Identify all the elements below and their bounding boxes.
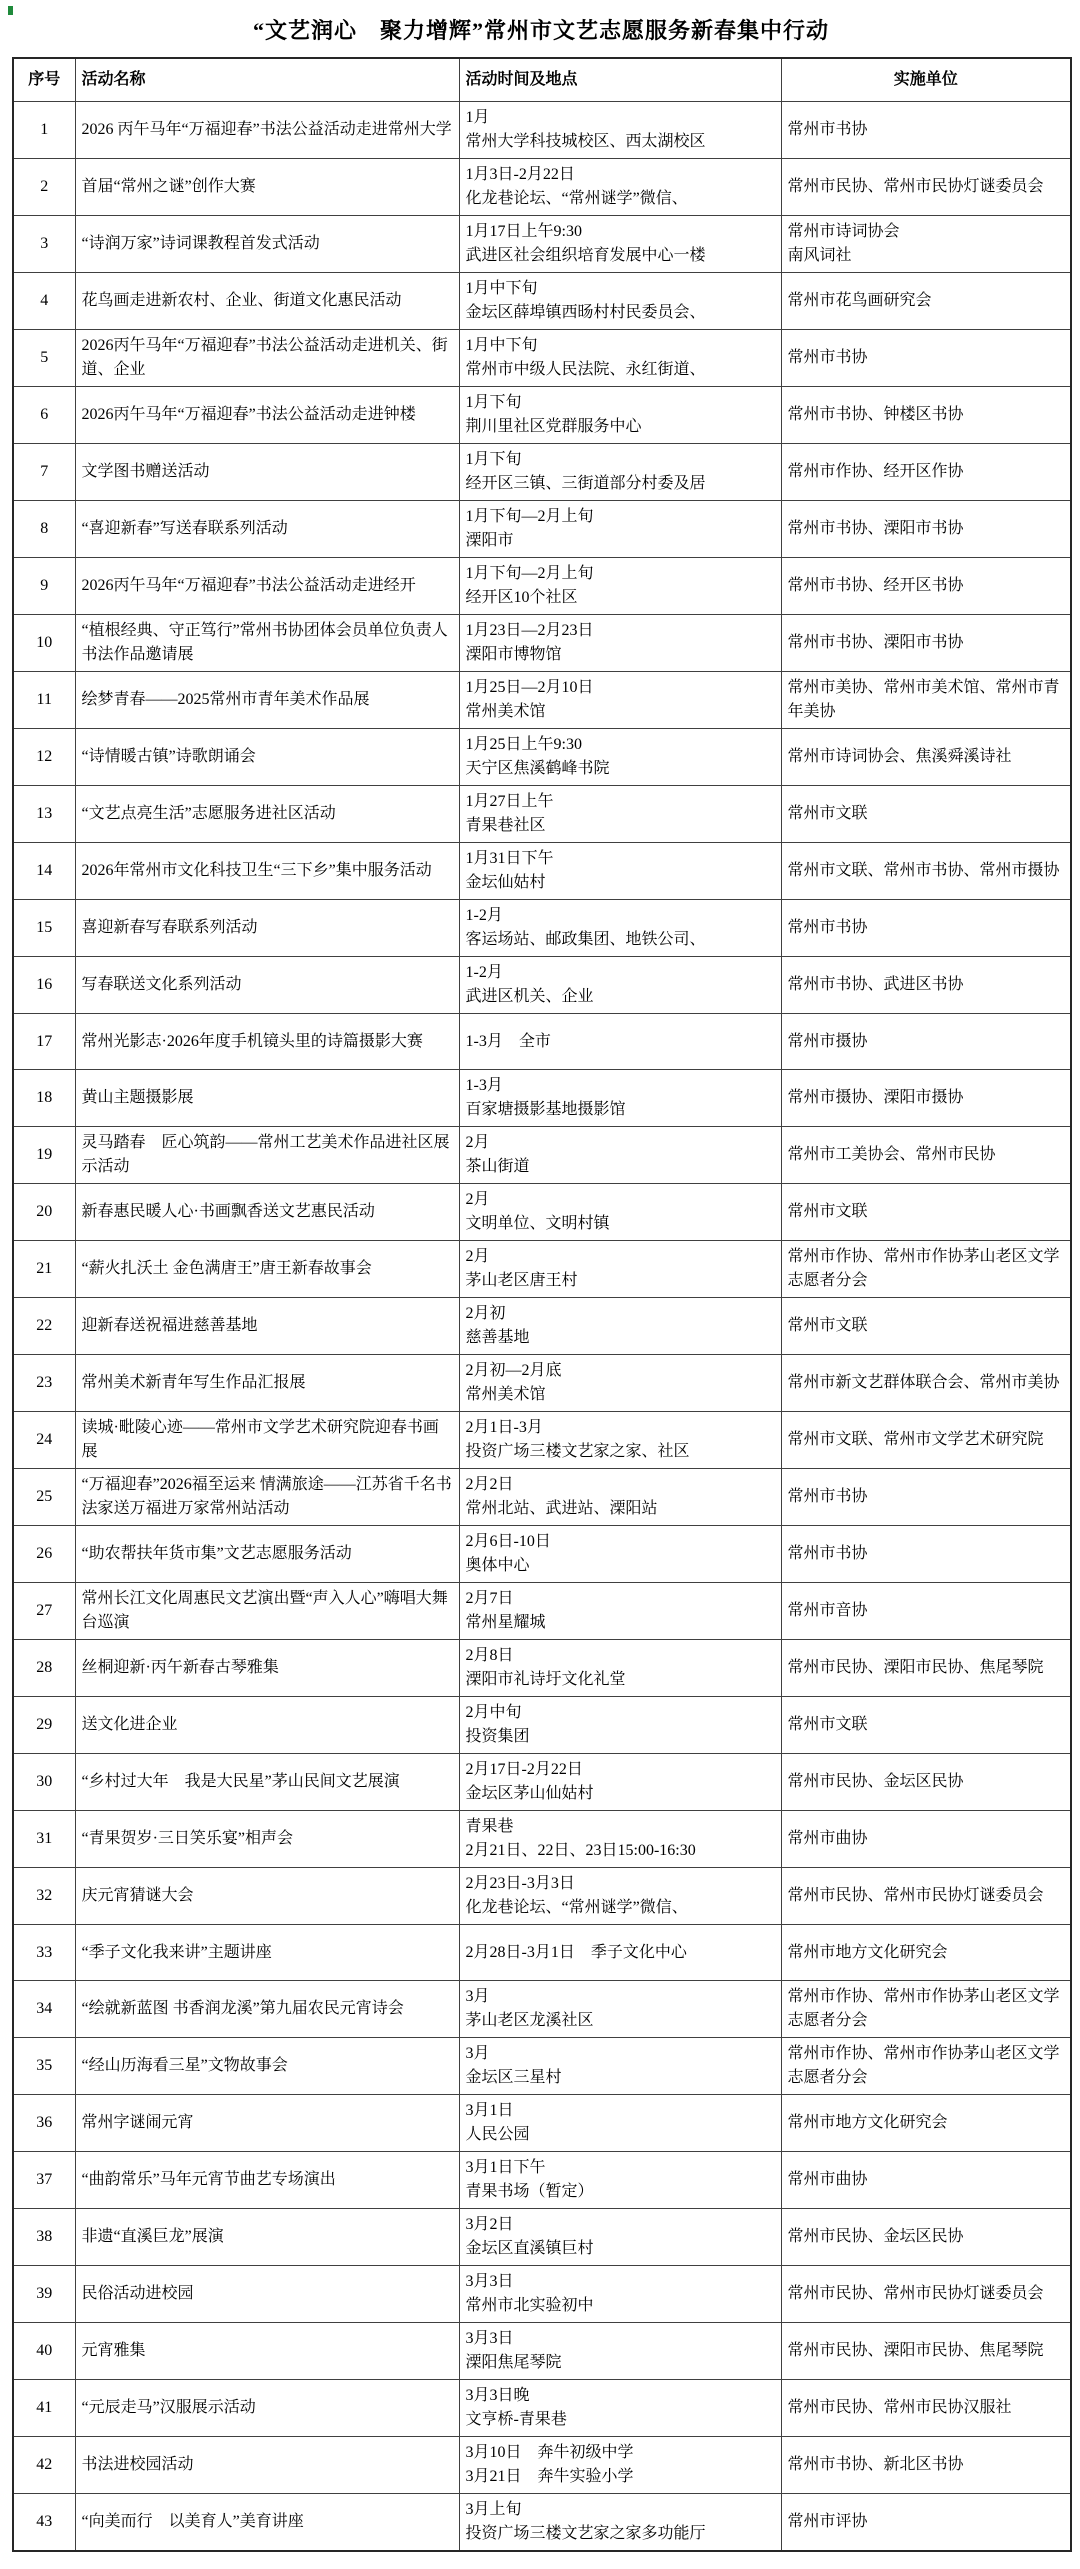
cell-organizer: 常州市书协 <box>781 330 1071 387</box>
cell-organizer: 常州市民协、金坛区民协 <box>781 1754 1071 1811</box>
cell-organizer: 常州市书协、溧阳市书协 <box>781 501 1071 558</box>
cell-organizer: 常州市评协 <box>781 2494 1071 2552</box>
cell-time-location: 1月 常州大学科技城校区、西太湖校区 <box>459 102 781 159</box>
cell-time-location: 2月7日 常州星耀城 <box>459 1583 781 1640</box>
cell-activity-name: “经山历海看三星”文物故事会 <box>75 2038 459 2095</box>
header-index: 序号 <box>13 58 75 102</box>
cell-activity-name: 2026丙午马年“万福迎春”书法公益活动走进经开 <box>75 558 459 615</box>
cell-time-location: 2月中旬 投资集团 <box>459 1697 781 1754</box>
cell-activity-name: “万福迎春”2026福至运来 情满旅途——江苏省千名书法家送万福进万家常州站活动 <box>75 1469 459 1526</box>
cell-activity-name: 丝桐迎新·丙午新春古琴雅集 <box>75 1640 459 1697</box>
cell-organizer: 常州市地方文化研究会 <box>781 2095 1071 2152</box>
cell-time-location: 1-3月 全市 <box>459 1014 781 1070</box>
cell-index: 25 <box>13 1469 75 1526</box>
header-row: 序号 活动名称 活动时间及地点 实施单位 <box>13 58 1071 102</box>
table-row: 39 民俗活动进校园 3月3日 常州市北实验初中 常州市民协、常州市民协灯谜委员… <box>13 2266 1071 2323</box>
cell-organizer: 常州市民协、常州市民协灯谜委员会 <box>781 159 1071 216</box>
cell-time-location: 2月 茶山街道 <box>459 1127 781 1184</box>
table-row: 22 迎新春送祝福进慈善基地 2月初 慈善基地 常州市文联 <box>13 1298 1071 1355</box>
cell-organizer: 常州市书协、新北区书协 <box>781 2437 1071 2494</box>
cell-activity-name: 新春惠民暖人心·书画飘香送文艺惠民活动 <box>75 1184 459 1241</box>
table-row: 17 常州光影志·2026年度手机镜头里的诗篇摄影大赛 1-3月 全市 常州市摄… <box>13 1014 1071 1070</box>
table-body: 1 2026 丙午马年“万福迎春”书法公益活动走进常州大学 1月 常州大学科技城… <box>13 102 1071 2552</box>
cell-time-location: 2月6日-10日 奥体中心 <box>459 1526 781 1583</box>
cell-time-location: 2月 文明单位、文明村镇 <box>459 1184 781 1241</box>
cell-index: 11 <box>13 672 75 729</box>
cell-organizer: 常州市作协、常州市作协茅山老区文学志愿者分会 <box>781 1241 1071 1298</box>
table-row: 10 “植根经典、守正笃行”常州书协团体会员单位负责人书法作品邀请展 1月23日… <box>13 615 1071 672</box>
table-row: 21 “薪火扎沃土 金色满唐王”唐王新春故事会 2月 茅山老区唐王村 常州市作协… <box>13 1241 1071 1298</box>
cell-activity-name: 文学图书赠送活动 <box>75 444 459 501</box>
table-row: 16 写春联送文化系列活动 1-2月 武进区机关、企业 常州市书协、武进区书协 <box>13 957 1071 1014</box>
cell-organizer: 常州市文联、常州市书协、常州市摄协 <box>781 843 1071 900</box>
table-row: 30 “乡村过大年 我是大民星”茅山民间文艺展演 2月17日-2月22日 金坛区… <box>13 1754 1071 1811</box>
cell-organizer: 常州市摄协、溧阳市摄协 <box>781 1070 1071 1127</box>
cell-organizer: 常州市书协 <box>781 1526 1071 1583</box>
table-row: 35 “经山历海看三星”文物故事会 3月 金坛区三星村 常州市作协、常州市作协茅… <box>13 2038 1071 2095</box>
cell-organizer: 常州市书协、钟楼区书协 <box>781 387 1071 444</box>
cell-activity-name: “绘就新蓝图 书香润龙溪”第九届农民元宵诗会 <box>75 1981 459 2038</box>
cell-organizer: 常州市曲协 <box>781 2152 1071 2209</box>
table-row: 29 送文化进企业 2月中旬 投资集团 常州市文联 <box>13 1697 1071 1754</box>
header-time-location: 活动时间及地点 <box>459 58 781 102</box>
table-header: 序号 活动名称 活动时间及地点 实施单位 <box>13 58 1071 102</box>
table-row: 1 2026 丙午马年“万福迎春”书法公益活动走进常州大学 1月 常州大学科技城… <box>13 102 1071 159</box>
cell-organizer: 常州市书协 <box>781 102 1071 159</box>
cell-index: 40 <box>13 2323 75 2380</box>
cell-time-location: 3月 茅山老区龙溪社区 <box>459 1981 781 2038</box>
cell-activity-name: “诗润万家”诗词课教程首发式活动 <box>75 216 459 273</box>
cell-index: 9 <box>13 558 75 615</box>
cell-activity-name: 花鸟画走进新农村、企业、街道文化惠民活动 <box>75 273 459 330</box>
cell-activity-name: “植根经典、守正笃行”常州书协团体会员单位负责人书法作品邀请展 <box>75 615 459 672</box>
cell-time-location: 1月中下旬 常州市中级人民法院、永红街道、 <box>459 330 781 387</box>
cell-activity-name: 非遗“直溪巨龙”展演 <box>75 2209 459 2266</box>
cell-time-location: 3月3日晚 文亨桥-青果巷 <box>459 2380 781 2437</box>
cell-organizer: 常州市工美协会、常州市民协 <box>781 1127 1071 1184</box>
cell-activity-name: 2026年常州市文化科技卫生“三下乡”集中服务活动 <box>75 843 459 900</box>
cell-activity-name: 送文化进企业 <box>75 1697 459 1754</box>
cell-activity-name: 灵马踏春 匠心筑韵——常州工艺美术作品进社区展示活动 <box>75 1127 459 1184</box>
cell-marker-artifact <box>8 6 13 15</box>
cell-time-location: 1月23日—2月23日 溧阳市博物馆 <box>459 615 781 672</box>
cell-organizer: 常州市书协、武进区书协 <box>781 957 1071 1014</box>
cell-index: 26 <box>13 1526 75 1583</box>
cell-organizer: 常州市美协、常州市美术馆、常州市青年美协 <box>781 672 1071 729</box>
header-activity-name: 活动名称 <box>75 58 459 102</box>
cell-index: 34 <box>13 1981 75 2038</box>
cell-activity-name: 常州美术新青年写生作品汇报展 <box>75 1355 459 1412</box>
table-row: 31 “青果贺岁·三日笑乐宴”相声会 青果巷 2月21日、22日、23日15:0… <box>13 1811 1071 1868</box>
table-row: 13 “文艺点亮生活”志愿服务进社区活动 1月27日上午 青果巷社区 常州市文联 <box>13 786 1071 843</box>
cell-index: 30 <box>13 1754 75 1811</box>
cell-index: 33 <box>13 1925 75 1981</box>
cell-activity-name: 书法进校园活动 <box>75 2437 459 2494</box>
cell-time-location: 1-3月 百家塘摄影基地摄影馆 <box>459 1070 781 1127</box>
cell-time-location: 1月31日下午 金坛仙姑村 <box>459 843 781 900</box>
document-title: “文艺润心 聚力增辉”常州市文艺志愿服务新春集中行动 <box>12 0 1070 57</box>
cell-time-location: 2月17日-2月22日 金坛区茅山仙姑村 <box>459 1754 781 1811</box>
cell-organizer: 常州市文联 <box>781 1298 1071 1355</box>
table-row: 41 “元辰走马”汉服展示活动 3月3日晚 文亨桥-青果巷 常州市民协、常州市民… <box>13 2380 1071 2437</box>
cell-index: 21 <box>13 1241 75 1298</box>
cell-index: 5 <box>13 330 75 387</box>
table-row: 19 灵马踏春 匠心筑韵——常州工艺美术作品进社区展示活动 2月 茶山街道 常州… <box>13 1127 1071 1184</box>
cell-index: 6 <box>13 387 75 444</box>
cell-index: 22 <box>13 1298 75 1355</box>
cell-index: 12 <box>13 729 75 786</box>
header-organizer: 实施单位 <box>781 58 1071 102</box>
cell-time-location: 3月1日下午 青果书场（暂定） <box>459 2152 781 2209</box>
cell-organizer: 常州市民协、溧阳市民协、焦尾琴院 <box>781 2323 1071 2380</box>
cell-time-location: 1月中下旬 金坛区薛埠镇西旸村村民委员会、 <box>459 273 781 330</box>
cell-organizer: 常州市新文艺群体联合会、常州市美协 <box>781 1355 1071 1412</box>
cell-organizer: 常州市作协、经开区作协 <box>781 444 1071 501</box>
cell-time-location: 2月1日-3月 投资广场三楼文艺家之家、社区 <box>459 1412 781 1469</box>
cell-index: 31 <box>13 1811 75 1868</box>
table-row: 11 绘梦青春——2025常州市青年美术作品展 1月25日—2月10日 常州美术… <box>13 672 1071 729</box>
cell-organizer: 常州市诗词协会、焦溪舜溪诗社 <box>781 729 1071 786</box>
cell-time-location: 2月初—2月底 常州美术馆 <box>459 1355 781 1412</box>
cell-organizer: 常州市曲协 <box>781 1811 1071 1868</box>
cell-index: 10 <box>13 615 75 672</box>
cell-index: 39 <box>13 2266 75 2323</box>
cell-time-location: 1月17日上午9:30 武进区社会组织培育发展中心一楼 <box>459 216 781 273</box>
cell-time-location: 2月 茅山老区唐王村 <box>459 1241 781 1298</box>
cell-organizer: 常州市花鸟画研究会 <box>781 273 1071 330</box>
cell-organizer: 常州市书协、经开区书协 <box>781 558 1071 615</box>
cell-index: 19 <box>13 1127 75 1184</box>
cell-time-location: 2月8日 溧阳市礼诗圩文化礼堂 <box>459 1640 781 1697</box>
cell-time-location: 3月1日 人民公园 <box>459 2095 781 2152</box>
table-row: 37 “曲韵常乐”马年元宵节曲艺专场演出 3月1日下午 青果书场（暂定） 常州市… <box>13 2152 1071 2209</box>
cell-time-location: 1月27日上午 青果巷社区 <box>459 786 781 843</box>
cell-organizer: 常州市文联 <box>781 1184 1071 1241</box>
table-row: 43 “向美而行 以美育人”美育讲座 3月上旬 投资广场三楼文艺家之家多功能厅 … <box>13 2494 1071 2552</box>
cell-organizer: 常州市书协 <box>781 900 1071 957</box>
activity-table: 序号 活动名称 活动时间及地点 实施单位 1 2026 丙午马年“万福迎春”书法… <box>12 57 1072 2552</box>
cell-index: 35 <box>13 2038 75 2095</box>
cell-index: 17 <box>13 1014 75 1070</box>
cell-activity-name: 2026 丙午马年“万福迎春”书法公益活动走进常州大学 <box>75 102 459 159</box>
table-row: 14 2026年常州市文化科技卫生“三下乡”集中服务活动 1月31日下午 金坛仙… <box>13 843 1071 900</box>
cell-activity-name: “喜迎新春”写送春联系列活动 <box>75 501 459 558</box>
table-row: 34 “绘就新蓝图 书香润龙溪”第九届农民元宵诗会 3月 茅山老区龙溪社区 常州… <box>13 1981 1071 2038</box>
cell-organizer: 常州市文联 <box>781 786 1071 843</box>
table-row: 28 丝桐迎新·丙午新春古琴雅集 2月8日 溧阳市礼诗圩文化礼堂 常州市民协、溧… <box>13 1640 1071 1697</box>
table-row: 42 书法进校园活动 3月10日 奔牛初级中学 3月21日 奔牛实验小学 常州市… <box>13 2437 1071 2494</box>
cell-organizer: 常州市民协、金坛区民协 <box>781 2209 1071 2266</box>
cell-index: 38 <box>13 2209 75 2266</box>
cell-time-location: 2月2日 常州北站、武进站、溧阳站 <box>459 1469 781 1526</box>
table-row: 36 常州字谜闹元宵 3月1日 人民公园 常州市地方文化研究会 <box>13 2095 1071 2152</box>
cell-index: 7 <box>13 444 75 501</box>
table-row: 20 新春惠民暖人心·书画飘香送文艺惠民活动 2月 文明单位、文明村镇 常州市文… <box>13 1184 1071 1241</box>
cell-organizer: 常州市书协、溧阳市书协 <box>781 615 1071 672</box>
table-row: 9 2026丙午马年“万福迎春”书法公益活动走进经开 1月下旬—2月上旬 经开区… <box>13 558 1071 615</box>
cell-organizer: 常州市民协、常州市民协灯谜委员会 <box>781 2266 1071 2323</box>
cell-time-location: 1-2月 客运场站、邮政集团、地铁公司、 <box>459 900 781 957</box>
cell-index: 3 <box>13 216 75 273</box>
cell-activity-name: 2026丙午马年“万福迎春”书法公益活动走进机关、街道、企业 <box>75 330 459 387</box>
cell-organizer: 常州市作协、常州市作协茅山老区文学志愿者分会 <box>781 2038 1071 2095</box>
cell-time-location: 1-2月 武进区机关、企业 <box>459 957 781 1014</box>
table-row: 3 “诗润万家”诗词课教程首发式活动 1月17日上午9:30 武进区社会组织培育… <box>13 216 1071 273</box>
cell-index: 23 <box>13 1355 75 1412</box>
cell-time-location: 1月25日—2月10日 常州美术馆 <box>459 672 781 729</box>
cell-organizer: 常州市文联 <box>781 1697 1071 1754</box>
cell-index: 15 <box>13 900 75 957</box>
cell-time-location: 2月初 慈善基地 <box>459 1298 781 1355</box>
cell-index: 13 <box>13 786 75 843</box>
cell-activity-name: “青果贺岁·三日笑乐宴”相声会 <box>75 1811 459 1868</box>
table-row: 40 元宵雅集 3月3日 溧阳焦尾琴院 常州市民协、溧阳市民协、焦尾琴院 <box>13 2323 1071 2380</box>
cell-activity-name: 迎新春送祝福进慈善基地 <box>75 1298 459 1355</box>
cell-time-location: 3月 金坛区三星村 <box>459 2038 781 2095</box>
table-row: 8 “喜迎新春”写送春联系列活动 1月下旬—2月上旬 溧阳市 常州市书协、溧阳市… <box>13 501 1071 558</box>
cell-organizer: 常州市地方文化研究会 <box>781 1925 1071 1981</box>
cell-activity-name: 常州长江文化周惠民文艺演出暨“声入人心”嗨唱大舞台巡演 <box>75 1583 459 1640</box>
table-row: 24 读城·毗陵心迹——常州市文学艺术研究院迎春书画展 2月1日-3月 投资广场… <box>13 1412 1071 1469</box>
cell-time-location: 1月下旬 经开区三镇、三街道部分村委及居 <box>459 444 781 501</box>
cell-index: 24 <box>13 1412 75 1469</box>
cell-activity-name: “乡村过大年 我是大民星”茅山民间文艺展演 <box>75 1754 459 1811</box>
table-row: 5 2026丙午马年“万福迎春”书法公益活动走进机关、街道、企业 1月中下旬 常… <box>13 330 1071 387</box>
cell-time-location: 2月23日-3月3日 化龙巷论坛、“常州谜学”微信、 <box>459 1868 781 1925</box>
cell-organizer: 常州市音协 <box>781 1583 1071 1640</box>
cell-time-location: 3月2日 金坛区直溪镇巨村 <box>459 2209 781 2266</box>
cell-activity-name: 首届“常州之谜”创作大赛 <box>75 159 459 216</box>
cell-index: 18 <box>13 1070 75 1127</box>
cell-organizer: 常州市文联、常州市文学艺术研究院 <box>781 1412 1071 1469</box>
cell-organizer: 常州市民协、溧阳市民协、焦尾琴院 <box>781 1640 1071 1697</box>
table-row: 25 “万福迎春”2026福至运来 情满旅途——江苏省千名书法家送万福进万家常州… <box>13 1469 1071 1526</box>
cell-activity-name: 喜迎新春写春联系列活动 <box>75 900 459 957</box>
cell-time-location: 1月下旬 荆川里社区党群服务中心 <box>459 387 781 444</box>
cell-time-location: 1月25日上午9:30 天宁区焦溪鹤峰书院 <box>459 729 781 786</box>
cell-activity-name: 2026丙午马年“万福迎春”书法公益活动走进钟楼 <box>75 387 459 444</box>
cell-time-location: 3月上旬 投资广场三楼文艺家之家多功能厅 <box>459 2494 781 2552</box>
table-row: 32 庆元宵猜谜大会 2月23日-3月3日 化龙巷论坛、“常州谜学”微信、 常州… <box>13 1868 1071 1925</box>
table-row: 15 喜迎新春写春联系列活动 1-2月 客运场站、邮政集团、地铁公司、 常州市书… <box>13 900 1071 957</box>
table-row: 7 文学图书赠送活动 1月下旬 经开区三镇、三街道部分村委及居 常州市作协、经开… <box>13 444 1071 501</box>
cell-organizer: 常州市作协、常州市作协茅山老区文学志愿者分会 <box>781 1981 1071 2038</box>
cell-activity-name: “助农帮扶年货市集”文艺志愿服务活动 <box>75 1526 459 1583</box>
cell-organizer: 常州市诗词协会 南风词社 <box>781 216 1071 273</box>
table-row: 4 花鸟画走进新农村、企业、街道文化惠民活动 1月中下旬 金坛区薛埠镇西旸村村民… <box>13 273 1071 330</box>
cell-activity-name: “季子文化我来讲”主题讲座 <box>75 1925 459 1981</box>
cell-index: 32 <box>13 1868 75 1925</box>
cell-activity-name: “薪火扎沃土 金色满唐王”唐王新春故事会 <box>75 1241 459 1298</box>
cell-organizer: 常州市摄协 <box>781 1014 1071 1070</box>
cell-activity-name: “文艺点亮生活”志愿服务进社区活动 <box>75 786 459 843</box>
table-row: 2 首届“常州之谜”创作大赛 1月3日-2月22日 化龙巷论坛、“常州谜学”微信… <box>13 159 1071 216</box>
cell-activity-name: “曲韵常乐”马年元宵节曲艺专场演出 <box>75 2152 459 2209</box>
cell-activity-name: 常州字谜闹元宵 <box>75 2095 459 2152</box>
cell-organizer: 常州市民协、常州市民协汉服社 <box>781 2380 1071 2437</box>
cell-time-location: 1月下旬—2月上旬 经开区10个社区 <box>459 558 781 615</box>
table-row: 18 黄山主题摄影展 1-3月 百家塘摄影基地摄影馆 常州市摄协、溧阳市摄协 <box>13 1070 1071 1127</box>
cell-index: 37 <box>13 2152 75 2209</box>
cell-index: 8 <box>13 501 75 558</box>
table-row: 38 非遗“直溪巨龙”展演 3月2日 金坛区直溪镇巨村 常州市民协、金坛区民协 <box>13 2209 1071 2266</box>
cell-organizer: 常州市民协、常州市民协灯谜委员会 <box>781 1868 1071 1925</box>
cell-time-location: 1月3日-2月22日 化龙巷论坛、“常州谜学”微信、 <box>459 159 781 216</box>
cell-activity-name: 写春联送文化系列活动 <box>75 957 459 1014</box>
cell-index: 36 <box>13 2095 75 2152</box>
cell-index: 41 <box>13 2380 75 2437</box>
cell-index: 27 <box>13 1583 75 1640</box>
cell-time-location: 3月3日 溧阳焦尾琴院 <box>459 2323 781 2380</box>
cell-activity-name: “诗情暖古镇”诗歌朗诵会 <box>75 729 459 786</box>
cell-activity-name: “元辰走马”汉服展示活动 <box>75 2380 459 2437</box>
cell-organizer: 常州市书协 <box>781 1469 1071 1526</box>
cell-activity-name: 庆元宵猜谜大会 <box>75 1868 459 1925</box>
table-row: 27 常州长江文化周惠民文艺演出暨“声入人心”嗨唱大舞台巡演 2月7日 常州星耀… <box>13 1583 1071 1640</box>
cell-time-location: 1月下旬—2月上旬 溧阳市 <box>459 501 781 558</box>
table-row: 6 2026丙午马年“万福迎春”书法公益活动走进钟楼 1月下旬 荆川里社区党群服… <box>13 387 1071 444</box>
cell-time-location: 3月10日 奔牛初级中学 3月21日 奔牛实验小学 <box>459 2437 781 2494</box>
cell-index: 43 <box>13 2494 75 2552</box>
cell-activity-name: 常州光影志·2026年度手机镜头里的诗篇摄影大赛 <box>75 1014 459 1070</box>
cell-activity-name: 读城·毗陵心迹——常州市文学艺术研究院迎春书画展 <box>75 1412 459 1469</box>
cell-activity-name: 绘梦青春——2025常州市青年美术作品展 <box>75 672 459 729</box>
cell-index: 29 <box>13 1697 75 1754</box>
cell-activity-name: 黄山主题摄影展 <box>75 1070 459 1127</box>
table-row: 12 “诗情暖古镇”诗歌朗诵会 1月25日上午9:30 天宁区焦溪鹤峰书院 常州… <box>13 729 1071 786</box>
cell-time-location: 3月3日 常州市北实验初中 <box>459 2266 781 2323</box>
cell-index: 16 <box>13 957 75 1014</box>
cell-activity-name: 元宵雅集 <box>75 2323 459 2380</box>
cell-index: 14 <box>13 843 75 900</box>
cell-time-location: 2月28日-3月1日 季子文化中心 <box>459 1925 781 1981</box>
cell-index: 2 <box>13 159 75 216</box>
cell-index: 20 <box>13 1184 75 1241</box>
cell-index: 28 <box>13 1640 75 1697</box>
cell-activity-name: “向美而行 以美育人”美育讲座 <box>75 2494 459 2552</box>
cell-activity-name: 民俗活动进校园 <box>75 2266 459 2323</box>
table-row: 23 常州美术新青年写生作品汇报展 2月初—2月底 常州美术馆 常州市新文艺群体… <box>13 1355 1071 1412</box>
spreadsheet-page: “文艺润心 聚力增辉”常州市文艺志愿服务新春集中行动 序号 活动名称 活动时间及… <box>0 0 1080 2569</box>
table-row: 33 “季子文化我来讲”主题讲座 2月28日-3月1日 季子文化中心 常州市地方… <box>13 1925 1071 1981</box>
table-row: 26 “助农帮扶年货市集”文艺志愿服务活动 2月6日-10日 奥体中心 常州市书… <box>13 1526 1071 1583</box>
cell-time-location: 青果巷 2月21日、22日、23日15:00-16:30 <box>459 1811 781 1868</box>
cell-index: 1 <box>13 102 75 159</box>
cell-index: 42 <box>13 2437 75 2494</box>
cell-index: 4 <box>13 273 75 330</box>
